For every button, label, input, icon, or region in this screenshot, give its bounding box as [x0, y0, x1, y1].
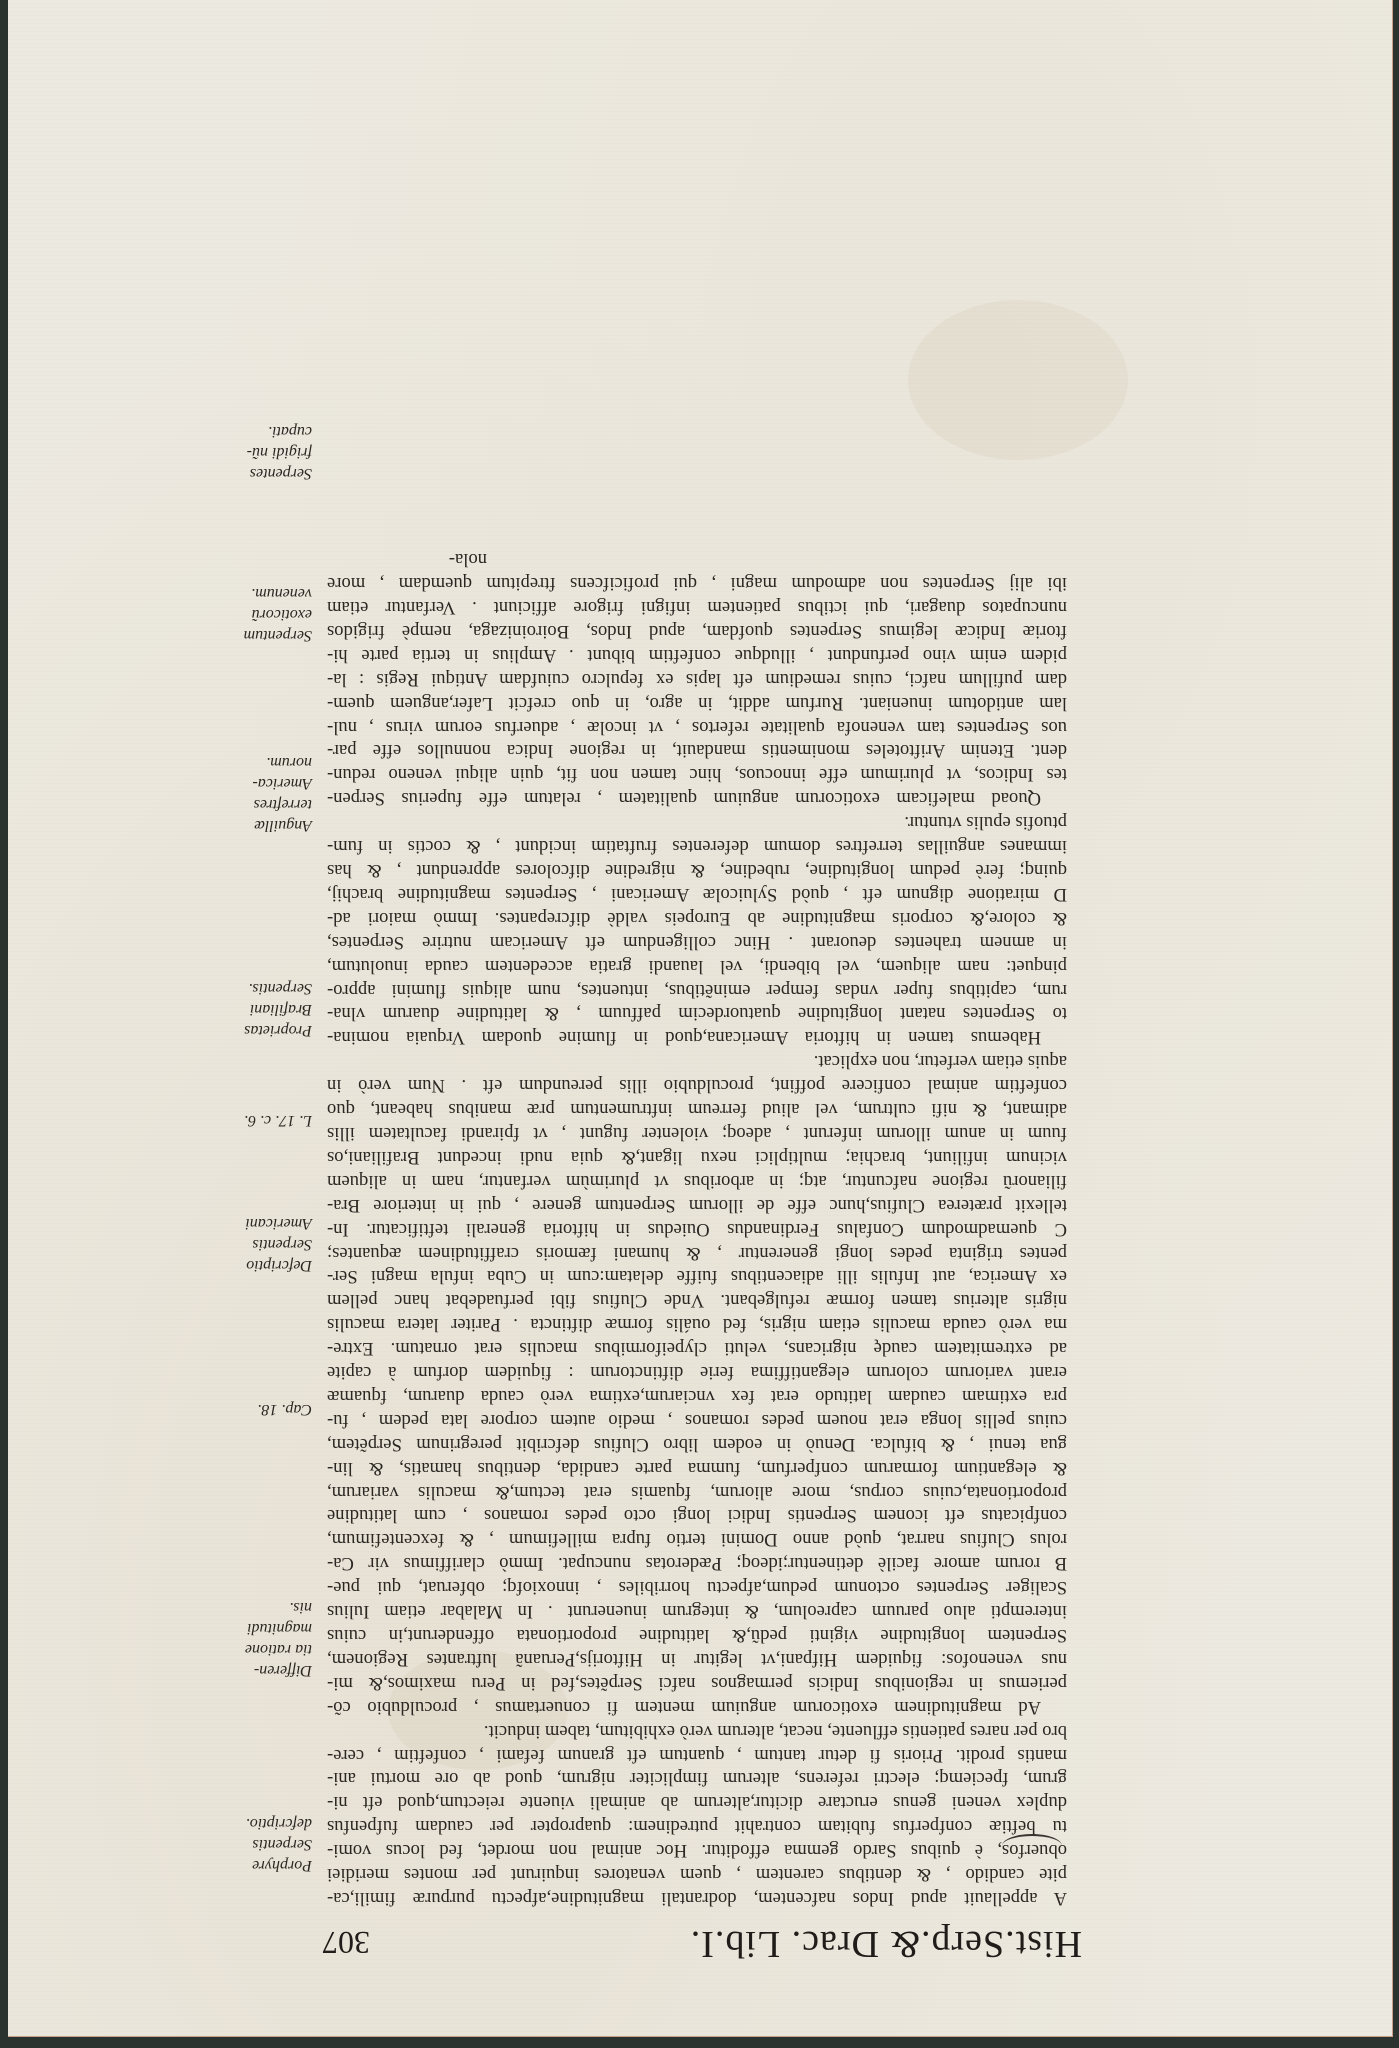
text-line: uos Serpentes tam venenofa qualitate ref…: [327, 715, 1067, 739]
text-line: ex America, aut Infulis illi adiacentibu…: [327, 1265, 1067, 1289]
text-line: ftoriæ Indicæ legimus Serpentes quofdam,…: [327, 619, 1067, 643]
text-line: vicinum infiliunt, brachia; multiplici n…: [327, 1145, 1067, 1169]
text-line: adimant, & nifi cultrum, vel aliud ferre…: [327, 1097, 1067, 1121]
text-line: D miratione dignum eft , quòd Syluicolæ …: [327, 882, 1067, 906]
text-line: nuncupatos duagari, qui ictibus patiente…: [327, 595, 1067, 619]
running-title: Hist.Serp.& Drac. Lib.I.: [690, 1922, 1082, 1966]
text-line: fuum in anum illorum inferunt , adeoq; v…: [327, 1121, 1067, 1145]
text-line: tes Indicos, vt plurimum effe innocuos, …: [327, 763, 1067, 787]
text-line: interempti aluo paruum capreolum, & inte…: [327, 1599, 1067, 1623]
text-line: periemus in regionibus Indicis permagnos…: [327, 1671, 1067, 1695]
text-line: C quemadmodum Confalus Ferdinandus Ouied…: [327, 1217, 1067, 1241]
ink-pen-mark: [1002, 1834, 1062, 1858]
margin-note-proprietas: Proprietas Brafiliani Serpentis.: [182, 978, 312, 1041]
text-line: tu beftiæ confperfus fubitam contrahit p…: [327, 1814, 1067, 1838]
rotated-page-content: Hist.Serp.& Drac. Lib.I. 307 A appellaui…: [8, 0, 1392, 2036]
text-line: grum, fpeciemq; electri referens, alteru…: [327, 1767, 1067, 1791]
text-line: proportionata,cuius corpus, more aliorum…: [327, 1480, 1067, 1504]
text-line: ad extremitatem caudę nigricans, veluti …: [327, 1336, 1067, 1360]
margin-note-anguilla: Anguillæ terreftres America- norum.: [182, 752, 312, 836]
text-line: rum, capitibus fuper vndas femper eminẽt…: [327, 978, 1067, 1002]
text-line: nus venenofos: fiquidem Hifpani,vt legit…: [327, 1647, 1067, 1671]
text-line: quinq; ferè pedum longitudine, rubedine,…: [327, 858, 1067, 882]
body-text: A appellauit apud Indos nafcentem, dodra…: [327, 547, 1067, 1910]
margin-note-porphyre: Porphyre Serpentis defcriptio.: [182, 1813, 312, 1876]
text-line: erant variorum colorum elegantiffima fer…: [327, 1360, 1067, 1384]
text-line: immanes anguillas terreftres domum defer…: [327, 834, 1067, 858]
text-line: & colore,& corporis magnitudine ab Europ…: [327, 906, 1067, 930]
text-line: pra extimam caudam latitudo erat fex vnc…: [327, 1384, 1067, 1408]
text-line: dam pufillum nafci, cuius remedium eft l…: [327, 667, 1067, 691]
text-line: Quoad maleficam exoticorum anguium quali…: [327, 786, 1067, 810]
page-number: 307: [322, 1924, 370, 1961]
text-line: & elegantium formarum confperfum, fumma …: [327, 1456, 1067, 1480]
text-line: A appellauit apud Indos nafcentem, dodra…: [327, 1886, 1067, 1910]
margin-note-frigidi: Serpentes frigidi nũ- cupati.: [182, 421, 312, 484]
text-line: confpicatus eft iconem Serpentis Indici …: [327, 1504, 1067, 1528]
text-line: Ad magnitudinem exoticorum anguium mente…: [327, 1695, 1067, 1719]
text-line: duplex veneni genus eructare dicitur,alt…: [327, 1790, 1067, 1814]
margin-note-l17c6: L. 17. c. 6.: [182, 1110, 312, 1131]
text-line: tellexit præterea Clufius,hunc effe de i…: [327, 1193, 1067, 1217]
margin-note-cap18: Cap. 18.: [182, 1399, 312, 1420]
text-line: cuius pellis longa erat nouem pedes roma…: [327, 1408, 1067, 1432]
text-line: Scaliger Serpentes octonum pedum,afpectu…: [327, 1575, 1067, 1599]
text-line: B rorum amore facilè detinentur;ideoq; P…: [327, 1551, 1067, 1575]
text-line: Habemus tamen in hiftoria Americana,quod…: [327, 1025, 1067, 1049]
book-page-scan: Hist.Serp.& Drac. Lib.I. 307 A appellaui…: [8, 0, 1393, 2037]
text-line: to Serpentes natant longitudine quatuord…: [327, 1002, 1067, 1026]
text-line: pite candido , & dentibus carentem , que…: [327, 1862, 1067, 1886]
text-line: pidem enim vino perfundunt , illudque co…: [327, 643, 1067, 667]
margin-note-descriptio: Defcriptio Serpentis Americani: [182, 1213, 312, 1276]
text-line: filianorũ regione nafcuntur, atq; in arb…: [327, 1169, 1067, 1193]
text-line: ptuofis epulis vtuntur.: [327, 810, 1067, 834]
text-line: obuerfos, è quibus Sardo gemma effoditur…: [327, 1838, 1067, 1862]
text-line: nigris alterius tamen formæ refulgebant.…: [327, 1288, 1067, 1312]
text-line: Serpentem longitudine viginti pedũ,& lat…: [327, 1623, 1067, 1647]
text-line: nola-: [327, 547, 1067, 571]
text-line: confeftim animal conficere poffint, proc…: [327, 1073, 1067, 1097]
text-line: mantis prodit. Prioris fi detur tantum ,…: [327, 1743, 1067, 1767]
text-line: pentes triginta pedes longi generentur ,…: [327, 1241, 1067, 1265]
text-line: dent. Etenim Ariftoteles monimentis mand…: [327, 739, 1067, 763]
text-line: ibi alij Serpentes non admodum magni , q…: [327, 571, 1067, 595]
page-header: Hist.Serp.& Drac. Lib.I. 307: [322, 1916, 1082, 1966]
text-line: pinquet: nam aliquem, vel bibendi, vel l…: [327, 954, 1067, 978]
text-line: ma verò cauda maculis etiam nigris, fed …: [327, 1312, 1067, 1336]
text-line: aquis etiam verfetur, non explicat.: [327, 1049, 1067, 1073]
text-line: gua tenui , & bifulca. Denuò in eodem li…: [327, 1432, 1067, 1456]
margin-note-venenum: Serpentum exoticorũ venenum.: [182, 583, 312, 646]
text-line: bro per nares patientis effluente, necat…: [327, 1719, 1067, 1743]
text-line: lam antidotum inueniant. Rurfum addit, i…: [327, 691, 1067, 715]
text-line: rolus Clufius narrat, quòd anno Domini t…: [327, 1528, 1067, 1552]
margin-note-differentia: Differen- tia ratione magnitudi nis.: [182, 1597, 312, 1681]
text-line: in amnem trahentes deuorant . Hinc colli…: [327, 930, 1067, 954]
